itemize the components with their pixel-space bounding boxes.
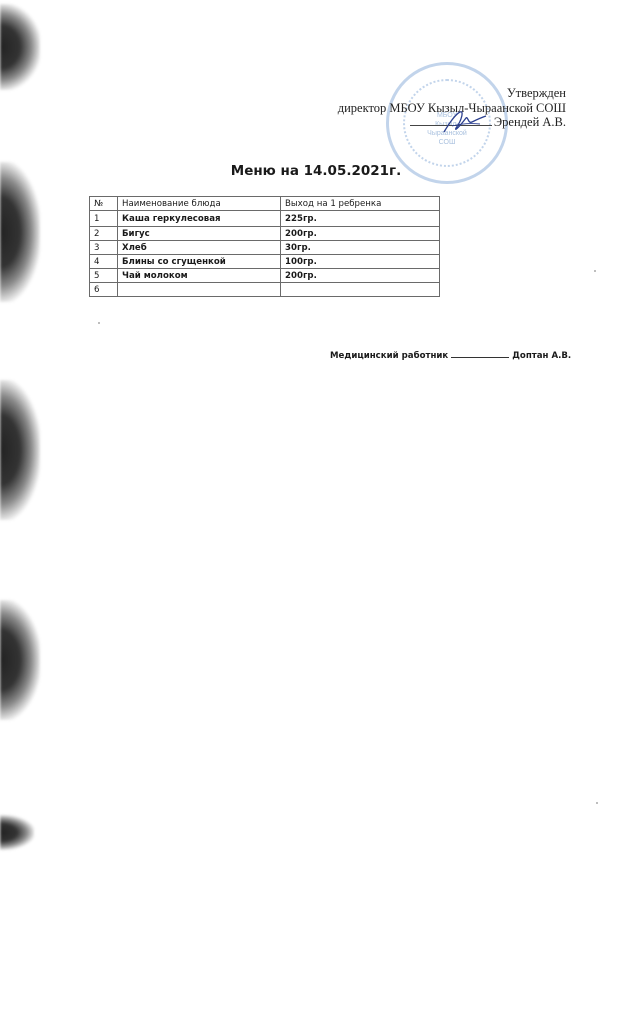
table-header-row: № Наименование блюда Выход на 1 ребренка [90,197,440,211]
scan-shadow-3 [0,380,40,520]
row-number: 4 [90,255,118,269]
approval-signer: Эрендей А.В. [494,115,566,129]
table-row: 1 Каша геркулесовая 225гр. [90,211,440,227]
table-row: 4 Блины со сгущенкой 100гр. [90,255,440,269]
row-dish: Блины со сгущенкой [118,255,281,269]
table-row: 3 Хлеб 30гр. [90,241,440,255]
row-number: 1 [90,211,118,227]
row-portion: 225гр. [281,211,440,227]
row-dish: Каша геркулесовая [118,211,281,227]
approval-heading: Утвержден [338,86,566,101]
row-dish: Чай молоком [118,269,281,283]
medical-worker-label: Медицинский работник [330,351,448,361]
scan-speck [596,802,598,804]
row-portion [281,283,440,297]
scan-speck [98,322,100,324]
row-portion: 30гр. [281,241,440,255]
table-row: 6 [90,283,440,297]
signature-icon [440,108,490,136]
row-number: 6 [90,283,118,297]
row-dish: Бигус [118,227,281,241]
row-portion: 200гр. [281,269,440,283]
header-portion: Выход на 1 ребренка [281,197,440,211]
row-number: 2 [90,227,118,241]
scan-shadow-2 [0,162,40,302]
row-dish [118,283,281,297]
table-row: 5 Чай молоком 200гр. [90,269,440,283]
medical-worker-line: Медицинский работникДоптан А.В. [330,349,571,361]
menu-table: № Наименование блюда Выход на 1 ребренка… [89,196,440,297]
medical-worker-name: Доптан А.В. [512,351,571,361]
page-title: Меню на 14.05.2021г. [0,163,622,179]
row-dish: Хлеб [118,241,281,255]
row-number: 5 [90,269,118,283]
row-number: 3 [90,241,118,255]
row-portion: 100гр. [281,255,440,269]
signature-blank [451,349,509,358]
scan-shadow-5 [0,815,34,850]
header-number: № [90,197,118,211]
table-row: 2 Бигус 200гр. [90,227,440,241]
row-portion: 200гр. [281,227,440,241]
header-dish: Наименование блюда [118,197,281,211]
scan-speck [594,270,596,272]
scan-shadow-1 [0,4,40,90]
scan-shadow-4 [0,600,40,720]
